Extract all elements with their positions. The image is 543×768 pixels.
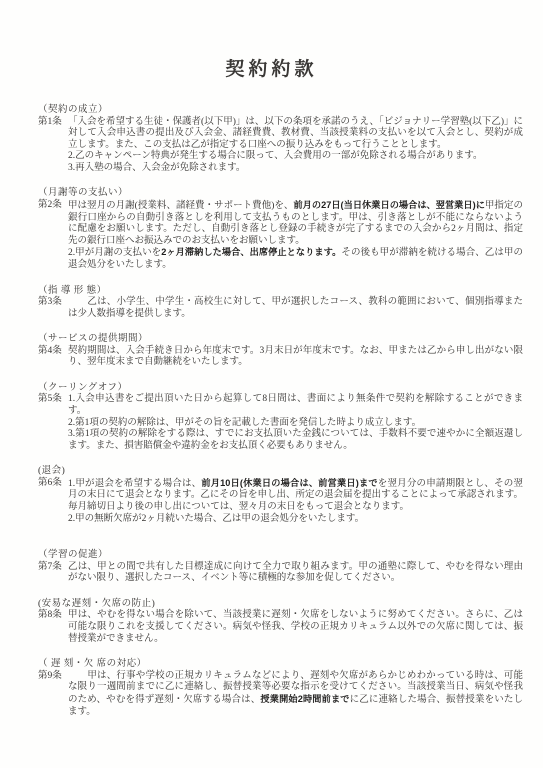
emphasis-text: 授業開始2時間前まで [260,694,349,704]
clause-number: 第6条 [38,478,68,490]
article-heading: （契約の成立） [38,105,523,117]
clause-paragraph: 2.乙のキャンペーン特典が発生する場合に限って、入会費用の一部が免除される場合が… [68,151,523,163]
clause-paragraph: 1.入会申込書をご提出頂いた日から起算して8日間は、書面により無条件で契約を解除… [68,394,523,417]
article-heading: （ 遅 刻・欠 席の対応） [38,659,523,671]
article: (安易な遅刻・欠席の防止)第8条甲は、やむを得ない場合を除いて、当該授業に遅刻・… [38,599,523,645]
clause-body: 契約期間は、入会手続き日から年度末です。3月末日が年度末です。なお、甲または乙か… [68,346,523,369]
body-text: 甲は翌月の月謝(授業料、諸経費・サポート費他)を、 [68,201,293,211]
clause-paragraph: 甲は、行事や学校の正規カリキュラムなどにより、遅刻や欠席があらかじめわかっている… [68,671,523,718]
clause-number: 第1条 [38,117,68,129]
document-page: 契約約款 （契約の成立）第1条「入会を希望する生徒・保護者(以下甲)」は、以下の… [0,0,543,768]
clause: 第6条1.甲が退会を希望する場合は、前月10日(休業日の場合は、前営業日)までを… [38,478,523,525]
clause-paragraph: 1.甲が退会を希望する場合は、前月10日(休業日の場合は、前営業日)までを翌月分… [68,478,523,514]
article-heading: (退会) [38,466,523,478]
clause-paragraph: 3.再入塾の場合、入会金が免除されます。 [68,163,523,175]
body-text: 「入会を希望する生徒・保護者(以下甲)」は、以下の条項を承諾のうえ、「ビジョナリ… [68,117,523,150]
clause-paragraph: 3.第1項の契約の解除をする際は、すでにお支払頂いた金銭については、手数料不要で… [68,429,523,452]
body-text: 契約期間は、入会手続き日から年度末です。3月末日が年度末です。なお、甲または乙か… [68,346,523,368]
article-heading: (安易な遅刻・欠席の防止) [38,599,523,611]
article: （学習の促進）第7条乙は、甲との間で共有した目標達成に向けて全力で取り組みます。… [38,550,523,585]
clause: 第9条 甲は、行事や学校の正規カリキュラムなどにより、遅刻や欠席があらかじめわか… [38,671,523,718]
article-heading: （指 導 形 態） [38,286,523,298]
clause-paragraph: 甲は翌月の月謝(授業料、諸経費・サポート費他)を、前月の27日(当日休業日の場合… [68,200,523,247]
clause-number: 第7条 [38,562,68,574]
clause: 第2条甲は翌月の月謝(授業料、諸経費・サポート費他)を、前月の27日(当日休業日… [38,200,523,272]
clause-paragraph: 甲は、やむを得ない場合を除いて、当該授業に遅刻・欠席をしないように努めてください… [68,610,523,645]
body-text: 3.第1項の契約の解除をする際は、すでにお支払頂いた金銭については、手数料不要で… [68,429,523,451]
body-text: 乙は、小学生、中学生・高校生に対して、甲が選択したコース、教科の範囲において、個… [68,297,523,319]
article: （指 導 形 態）第3条 乙は、小学生、中学生・高校生に対して、甲が選択したコー… [38,286,523,321]
article: （クーリングオフ）第5条1.入会申込書をご提出頂いた日から起算して8日間は、書面… [38,383,523,452]
article-heading: （月謝等の支払い） [38,188,523,200]
emphasis-text: 前月10日(休業日の場合は、前営業日)まで [201,478,377,488]
article: (退会)第6条1.甲が退会を希望する場合は、前月10日(休業日の場合は、前営業日… [38,466,523,525]
body-text: 乙は、甲との間で共有した目標達成に向けて全力で取り組みます。甲の通塾に際して、や… [68,562,523,584]
emphasis-text: 前月の27日(当日休業日の場合は、翌営業日)に [293,200,484,210]
body-text: 甲は、やむを得ない場合を除いて、当該授業に遅刻・欠席をしないように努めてください… [68,610,523,643]
clause-paragraph: 契約期間は、入会手続き日から年度末です。3月末日が年度末です。なお、甲または乙か… [68,346,523,369]
article-heading: （クーリングオフ） [38,383,523,395]
clause: 第8条甲は、やむを得ない場合を除いて、当該授業に遅刻・欠席をしないように努めてく… [38,610,523,645]
clause-body: 1.甲が退会を希望する場合は、前月10日(休業日の場合は、前営業日)までを翌月分… [68,478,523,525]
clause-body: 甲は、やむを得ない場合を除いて、当該授業に遅刻・欠席をしないように努めてください… [68,610,523,645]
clause-number: 第2条 [38,200,68,212]
clause-body: 甲は、行事や学校の正規カリキュラムなどにより、遅刻や欠席があらかじめわかっている… [68,671,523,718]
article: （サービスの提供期間）第4条契約期間は、入会手続き日から年度末です。3月末日が年… [38,334,523,369]
body-text: 2.甲が月謝の支払いを [68,248,161,258]
body-text: 2.第1項の契約の解除は、甲がその旨を記載した書面を発信した時より成立します。 [68,418,421,428]
article: （月謝等の支払い）第2条甲は翌月の月謝(授業料、諸経費・サポート費他)を、前月の… [38,188,523,271]
article: （契約の成立）第1条「入会を希望する生徒・保護者(以下甲)」は、以下の条項を承諾… [38,105,523,174]
clause-body: 乙は、小学生、中学生・高校生に対して、甲が選択したコース、教科の範囲において、個… [68,297,523,320]
clause-body: 「入会を希望する生徒・保護者(以下甲)」は、以下の条項を承諾のうえ、「ビジョナリ… [68,117,523,175]
clause: 第3条 乙は、小学生、中学生・高校生に対して、甲が選択したコース、教科の範囲にお… [38,297,523,320]
clause-number: 第3条 [38,297,68,309]
clause-number: 第9条 [38,671,68,683]
clause: 第7条乙は、甲との間で共有した目標達成に向けて全力で取り組みます。甲の通塾に際し… [38,562,523,585]
clause: 第5条1.入会申込書をご提出頂いた日から起算して8日間は、書面により無条件で契約… [38,394,523,452]
clause-paragraph: 乙は、甲との間で共有した目標達成に向けて全力で取り組みます。甲の通塾に際して、や… [68,562,523,585]
clause-paragraph: 2.甲が月謝の支払いを2ヶ月滞納した場合、出席停止となります。その後も甲が滞納を… [68,247,523,271]
article-heading: （サービスの提供期間） [38,334,523,346]
article-heading: （学習の促進） [38,550,523,562]
emphasis-text: 2ヶ月滞納した場合、出席停止となります。 [161,247,341,257]
body-text: 2.乙のキャンペーン特典が発生する場合に限って、入会費用の一部が免除される場合が… [68,151,483,161]
document-title: 契約約款 [0,0,543,81]
clause-number: 第4条 [38,346,68,358]
clause-body: 甲は翌月の月謝(授業料、諸経費・サポート費他)を、前月の27日(当日休業日の場合… [68,200,523,272]
article: （ 遅 刻・欠 席の対応）第9条 甲は、行事や学校の正規カリキュラムなどにより、… [38,659,523,718]
clause-number: 第5条 [38,394,68,406]
body-text: 1.甲が退会を希望する場合は、 [68,479,201,489]
articles-container: （契約の成立）第1条「入会を希望する生徒・保護者(以下甲)」は、以下の条項を承諾… [0,81,543,718]
body-text: 1.入会申込書をご提出頂いた日から起算して8日間は、書面により無条件で契約を解除… [68,394,523,416]
body-text: 2.甲の無断欠席が2ヶ月続いた場合、乙は甲の退会処分をいたします。 [68,514,364,524]
clause: 第1条「入会を希望する生徒・保護者(以下甲)」は、以下の条項を承諾のうえ、「ビジ… [38,117,523,175]
body-text: 3.再入塾の場合、入会金が免除されます。 [68,163,245,173]
clause-paragraph: 2.第1項の契約の解除は、甲がその旨を記載した書面を発信した時より成立します。 [68,418,523,430]
clause-paragraph: 乙は、小学生、中学生・高校生に対して、甲が選択したコース、教科の範囲において、個… [68,297,523,320]
clause-paragraph: 2.甲の無断欠席が2ヶ月続いた場合、乙は甲の退会処分をいたします。 [68,514,523,526]
clause-paragraph: 「入会を希望する生徒・保護者(以下甲)」は、以下の条項を承諾のうえ、「ビジョナリ… [68,117,523,152]
clause-number: 第8条 [38,610,68,622]
clause: 第4条契約期間は、入会手続き日から年度末です。3月末日が年度末です。なお、甲また… [38,346,523,369]
clause-body: 乙は、甲との間で共有した目標達成に向けて全力で取り組みます。甲の通塾に際して、や… [68,562,523,585]
clause-body: 1.入会申込書をご提出頂いた日から起算して8日間は、書面により無条件で契約を解除… [68,394,523,452]
